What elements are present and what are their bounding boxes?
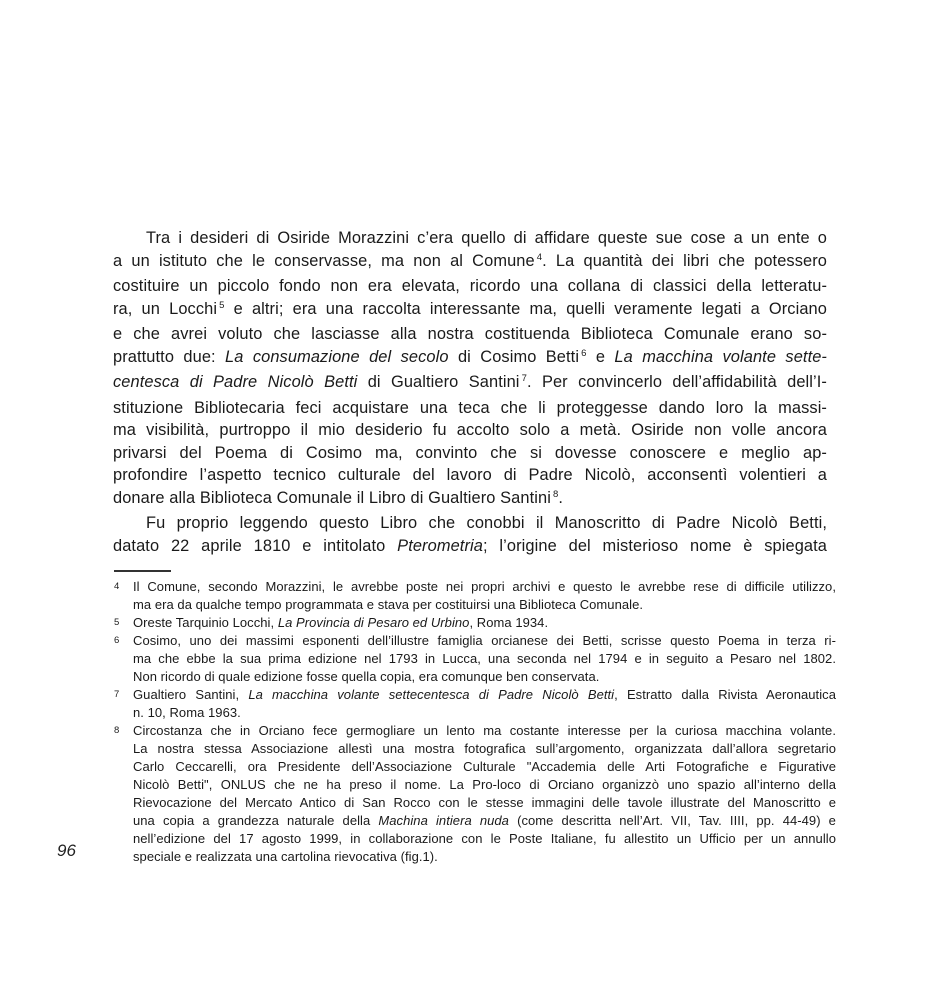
text-run: La consumazione del secolo (225, 348, 449, 366)
text-run: centesca di Padre Nicolò Betti (113, 373, 357, 391)
text-line: a un istituto che le conservasse, ma non… (113, 250, 827, 276)
text-run: Non ricordo di quale edizione fosse quel… (133, 669, 599, 684)
footnote-ref: 6 (581, 348, 586, 359)
text-run: (come descritta nell’Art. VII, Tav. IIII… (509, 813, 836, 828)
text-run: Machina intiera nuda (378, 813, 509, 828)
page-number: 96 (57, 841, 76, 861)
footnote: 5Oreste Tarquinio Locchi, La Provincia d… (133, 614, 836, 632)
text-run: ma era da qualche tempo programmata e st… (133, 597, 643, 612)
text-run: di Cosimo Betti (449, 348, 579, 366)
footnote: 6Cosimo, uno dei massimi esponenti dell’… (133, 632, 836, 686)
body-text: Tra i desideri di Osiride Morazzini c’er… (113, 227, 827, 557)
text-run: Tra i desideri di Osiride Morazzini c’er… (146, 229, 827, 247)
text-run: prattutto due: (113, 348, 225, 366)
text-run: profondire l’aspetto tecnico culturale d… (113, 466, 827, 484)
text-run: ; l’origine del misterioso nome è spiega… (483, 537, 827, 555)
footnote-marker: 6 (114, 632, 119, 650)
text-line: datato 22 aprile 1810 e intitolato Ptero… (113, 535, 827, 558)
footnote-line: Rievocazione del Mercato Antico di San R… (133, 794, 836, 812)
text-run: Pterometria (397, 537, 483, 555)
text-line: donare alla Biblioteca Comunale il Libro… (113, 487, 827, 513)
text-run: ma visibilità, purtroppo il mio desideri… (113, 421, 827, 439)
text-line: e che avrei voluto che lasciasse alla no… (113, 323, 827, 346)
text-line: stituzione Bibliotecaria feci acquistare… (113, 397, 827, 420)
text-run: Gualtiero Santini, (133, 687, 248, 702)
footnote-line: Carlo Ceccarelli, ora Presidente dell’As… (133, 758, 836, 776)
footnote: 8Circostanza che in Orciano fece germogl… (133, 722, 836, 866)
text-run: La nostra stessa Associazione allestì un… (133, 741, 836, 756)
text-line: profondire l’aspetto tecnico culturale d… (113, 464, 827, 487)
text-run: una copia a grandezza naturale della (133, 813, 378, 828)
text-run: Carlo Ceccarelli, ora Presidente dell’As… (133, 759, 836, 774)
footnote-separator (114, 570, 171, 572)
text-run: e che avrei voluto che lasciasse alla no… (113, 325, 827, 343)
text-run: e altri; era una raccolta interessante m… (224, 300, 827, 318)
text-run: Nicolò Betti", ONLUS che ne ha preso il … (133, 777, 836, 792)
text-run: Fu proprio leggendo questo Libro che con… (146, 514, 827, 532)
footnote-line: Cosimo, uno dei massimi esponenti dell’i… (133, 632, 836, 650)
footnote-line: Il Comune, secondo Morazzini, le avrebbe… (133, 578, 836, 596)
footnote-ref: 7 (522, 373, 527, 384)
text-run: donare alla Biblioteca Comunale il Libro… (113, 489, 551, 507)
text-run: costituire un piccolo fondo non era elev… (113, 277, 827, 295)
text-run: a un istituto che le conservasse, ma non… (113, 252, 535, 270)
text-run: Cosimo, uno dei massimi esponenti dell’i… (133, 633, 836, 648)
footnote-line: ma che ebbe la sua prima edizione nel 17… (133, 650, 836, 668)
text-line: privarsi del Poema di Cosimo ma, convint… (113, 442, 827, 465)
text-line: prattutto due: La consumazione del secol… (113, 346, 827, 372)
text-line: ma visibilità, purtroppo il mio desideri… (113, 419, 827, 442)
footnote-ref: 8 (553, 489, 558, 500)
text-run: nell’edizione del 17 agosto 1999, in col… (133, 831, 836, 846)
footnote-line: Gualtiero Santini, La macchina volante s… (133, 686, 836, 704)
text-run: n. 10, Roma 1963. (133, 705, 241, 720)
text-run: di Gualtiero Santini (357, 373, 519, 391)
text-run: stituzione Bibliotecaria feci acquistare… (113, 399, 827, 417)
text-run: . Per convincerlo dell’affidabilità dell… (527, 373, 827, 391)
text-run: , Estratto dalla Rivista Aeronautica (614, 687, 836, 702)
text-run: Oreste Tarquinio Locchi, (133, 615, 278, 630)
footnote: 4Il Comune, secondo Morazzini, le avrebb… (133, 578, 836, 614)
footnote-line: La nostra stessa Associazione allestì un… (133, 740, 836, 758)
footnote-line: ma era da qualche tempo programmata e st… (133, 596, 836, 614)
text-line: costituire un piccolo fondo non era elev… (113, 275, 827, 298)
book-page: Tra i desideri di Osiride Morazzini c’er… (0, 0, 942, 1000)
paragraph: Tra i desideri di Osiride Morazzini c’er… (113, 227, 827, 512)
text-run: La macchina volante sette- (614, 348, 827, 366)
footnote-marker: 4 (114, 578, 119, 596)
paragraph: Fu proprio leggendo questo Libro che con… (113, 512, 827, 557)
text-line: Fu proprio leggendo questo Libro che con… (113, 512, 827, 535)
text-run: La Provincia di Pesaro ed Urbino (278, 615, 470, 630)
footnote-line: una copia a grandezza naturale della Mac… (133, 812, 836, 830)
footnote-line: n. 10, Roma 1963. (133, 704, 836, 722)
text-run: ra, un Locchi (113, 300, 217, 318)
footnote-marker: 5 (114, 614, 119, 632)
text-run: privarsi del Poema di Cosimo ma, convint… (113, 444, 827, 462)
footnote-line: Non ricordo di quale edizione fosse quel… (133, 668, 836, 686)
footnote-line: nell’edizione del 17 agosto 1999, in col… (133, 830, 836, 848)
text-run: , Roma 1934. (469, 615, 548, 630)
text-run: La macchina volante settecentesca di Pad… (248, 687, 614, 702)
text-run: datato 22 aprile 1810 e intitolato (113, 537, 397, 555)
text-run: speciale e realizzata una cartolina riev… (133, 849, 438, 864)
text-run: . La quantità dei libri che potessero (542, 252, 827, 270)
text-run: ma che ebbe la sua prima edizione nel 17… (133, 651, 836, 666)
footnotes: 4Il Comune, secondo Morazzini, le avrebb… (133, 578, 836, 866)
text-line: centesca di Padre Nicolò Betti di Gualti… (113, 371, 827, 397)
footnote-line: speciale e realizzata una cartolina riev… (133, 848, 836, 866)
text-run: e (586, 348, 614, 366)
text-line: Tra i desideri di Osiride Morazzini c’er… (113, 227, 827, 250)
text-run: . (558, 489, 563, 507)
footnote-line: Nicolò Betti", ONLUS che ne ha preso il … (133, 776, 836, 794)
text-run: Rievocazione del Mercato Antico di San R… (133, 795, 836, 810)
text-run: Circostanza che in Orciano fece germogli… (133, 723, 836, 738)
footnote-marker: 7 (114, 686, 119, 704)
footnote-ref: 4 (537, 252, 542, 263)
footnote-line: Oreste Tarquinio Locchi, La Provincia di… (133, 614, 836, 632)
footnote: 7Gualtiero Santini, La macchina volante … (133, 686, 836, 722)
footnote-ref: 5 (219, 300, 224, 311)
footnote-marker: 8 (114, 722, 119, 740)
footnote-line: Circostanza che in Orciano fece germogli… (133, 722, 836, 740)
text-line: ra, un Locchi5 e altri; era una raccolta… (113, 298, 827, 324)
text-run: Il Comune, secondo Morazzini, le avrebbe… (133, 579, 836, 594)
